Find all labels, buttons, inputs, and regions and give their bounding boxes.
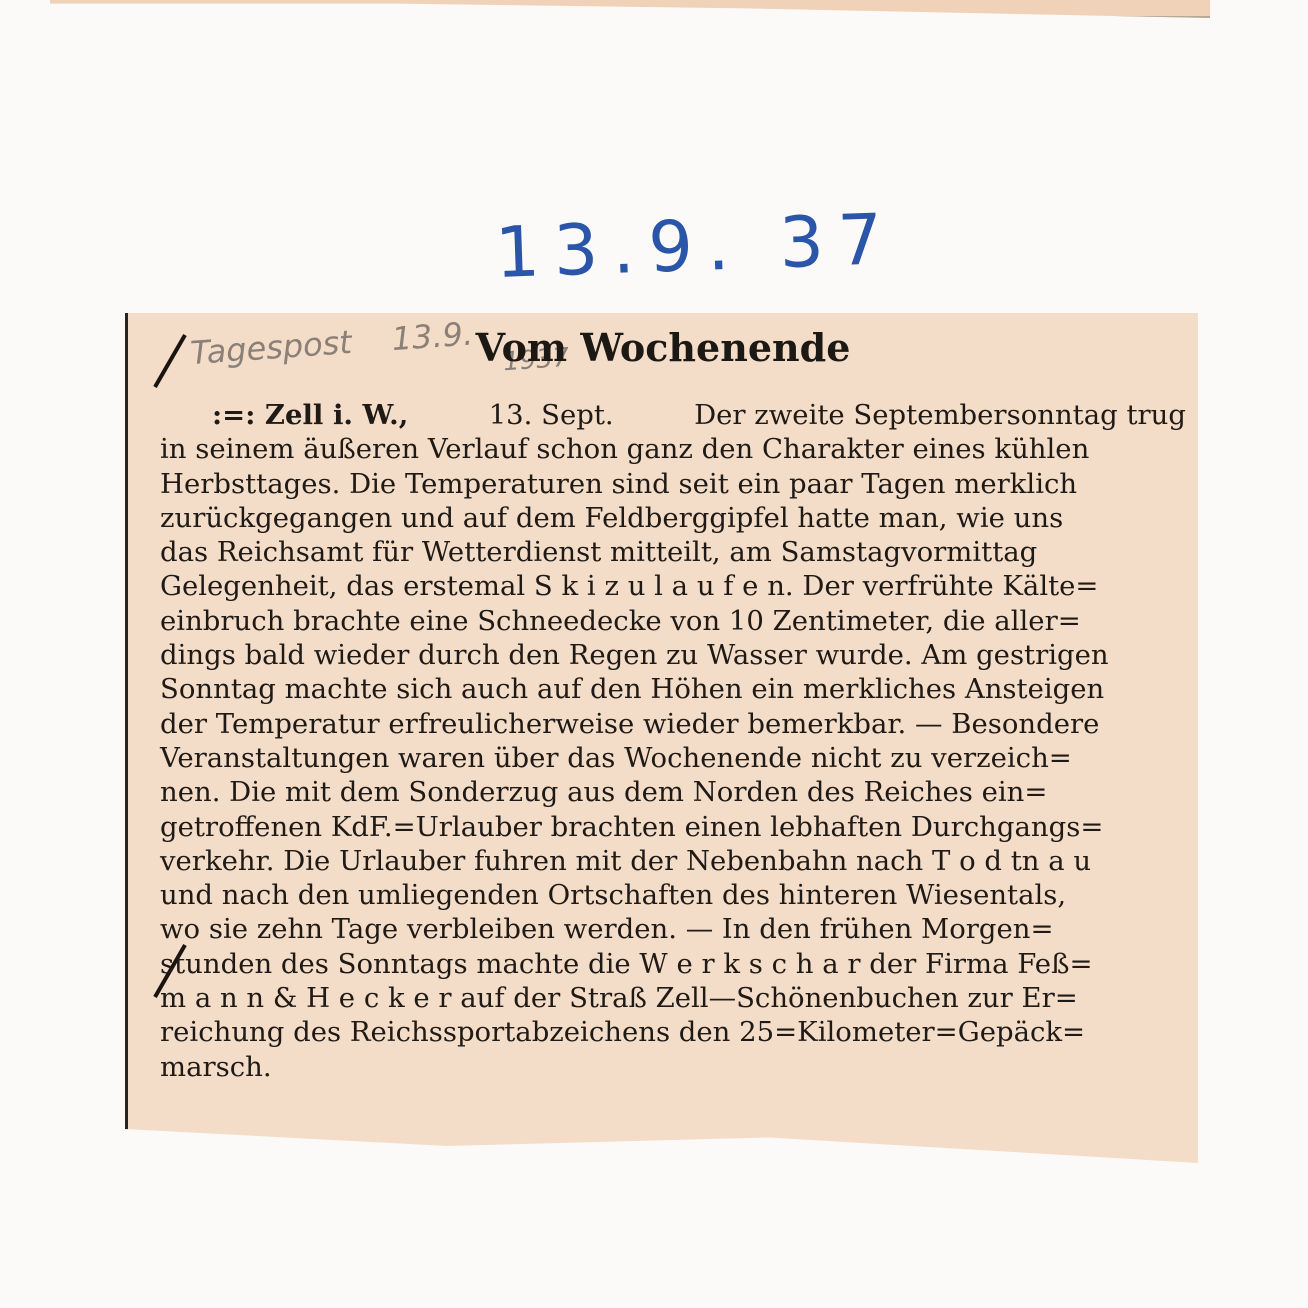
article-line: Veranstaltungen waren über das Wochenend… (160, 741, 1186, 775)
article-line-text: dings bald wieder durch den Regen zu Was… (160, 638, 1109, 672)
article-line: m a n n & H e c k e r auf der Straß Zell… (160, 981, 1186, 1015)
article-line-text: getroffenen KdF.=Urlauber brachten einen… (160, 810, 1103, 844)
article-line: der Temperatur erfreulicherweise wieder … (160, 707, 1186, 741)
article-line: getroffenen KdF.=Urlauber brachten einen… (160, 810, 1186, 844)
article-line: zurückgegangen und auf dem Feldberggipfe… (160, 501, 1186, 535)
article-line: marsch. (160, 1050, 1186, 1084)
article-line: stunden des Sonntags machte die W e r k … (160, 947, 1186, 981)
article-line: das Reichsamt für Wetterdienst mitteilt,… (160, 535, 1186, 569)
article-line-text: Gelegenheit, das erstemal S k i z u l a … (160, 569, 1098, 603)
article-line-text: und nach den umliegenden Ortschaften des… (160, 878, 1066, 912)
article-line-text: Herbsttages. Die Temperaturen sind seit … (160, 467, 1077, 501)
article-line: Gelegenheit, das erstemal S k i z u l a … (160, 569, 1186, 603)
article-line-text: m a n n & H e c k e r auf der Straß Zell… (160, 981, 1078, 1015)
article-line-text: Der zweite Septembersonntag trug (694, 398, 1186, 432)
article-line: Herbsttages. Die Temperaturen sind seit … (160, 467, 1186, 501)
article-line-text: reichung des Reichssportabzeichens den 2… (160, 1015, 1085, 1049)
article-line-text: nen. Die mit dem Sonderzug aus dem Norde… (160, 775, 1047, 809)
newspaper-clipping: Tagespost 13.9. 1937 Vom Wochenende :=: … (125, 313, 1198, 1163)
article-line: dings bald wieder durch den Regen zu Was… (160, 638, 1186, 672)
article-dateline: :=: Zell i. W., (212, 398, 408, 432)
article-line-text: marsch. (160, 1050, 272, 1084)
article-line: einbruch brachte eine Schneedecke von 10… (160, 604, 1186, 638)
article-headline: Vom Wochenende (128, 325, 1198, 370)
article-line: verkehr. Die Urlauber fuhren mit der Neb… (160, 844, 1186, 878)
article-line: in seinem äußeren Verlauf schon ganz den… (160, 432, 1186, 466)
article-line-text: Sonntag machte sich auch auf den Höhen e… (160, 672, 1104, 706)
article-line: Sonntag machte sich auch auf den Höhen e… (160, 672, 1186, 706)
handwritten-date: 13.9. 37 (494, 198, 898, 294)
article-line-text: verkehr. Die Urlauber fuhren mit der Neb… (160, 844, 1091, 878)
article-line-text: in seinem äußeren Verlauf schon ganz den… (160, 432, 1089, 466)
article-line: reichung des Reichssportabzeichens den 2… (160, 1015, 1186, 1049)
article-date: 13. Sept. (489, 398, 614, 432)
adjacent-clipping-edge (50, 0, 1210, 18)
article-line-text: einbruch brachte eine Schneedecke von 10… (160, 604, 1081, 638)
article-line: wo sie zehn Tage verbleiben werden. — In… (160, 912, 1186, 946)
article-line-text: das Reichsamt für Wetterdienst mitteilt,… (160, 535, 1037, 569)
article-line-text: der Temperatur erfreulicherweise wieder … (160, 707, 1099, 741)
article-line: und nach den umliegenden Ortschaften des… (160, 878, 1186, 912)
article-line-text: stunden des Sonntags machte die W e r k … (160, 947, 1093, 981)
article-line: nen. Die mit dem Sonderzug aus dem Norde… (160, 775, 1186, 809)
article-body: :=: Zell i. W., 13. Sept. Der zweite Sep… (160, 398, 1186, 1084)
article-line-text: wo sie zehn Tage verbleiben werden. — In… (160, 912, 1054, 946)
article-line-text: zurückgegangen und auf dem Feldberggipfe… (160, 501, 1063, 535)
article-line: :=: Zell i. W., 13. Sept. Der zweite Sep… (160, 398, 1186, 432)
article-line-text: Veranstaltungen waren über das Wochenend… (160, 741, 1072, 775)
